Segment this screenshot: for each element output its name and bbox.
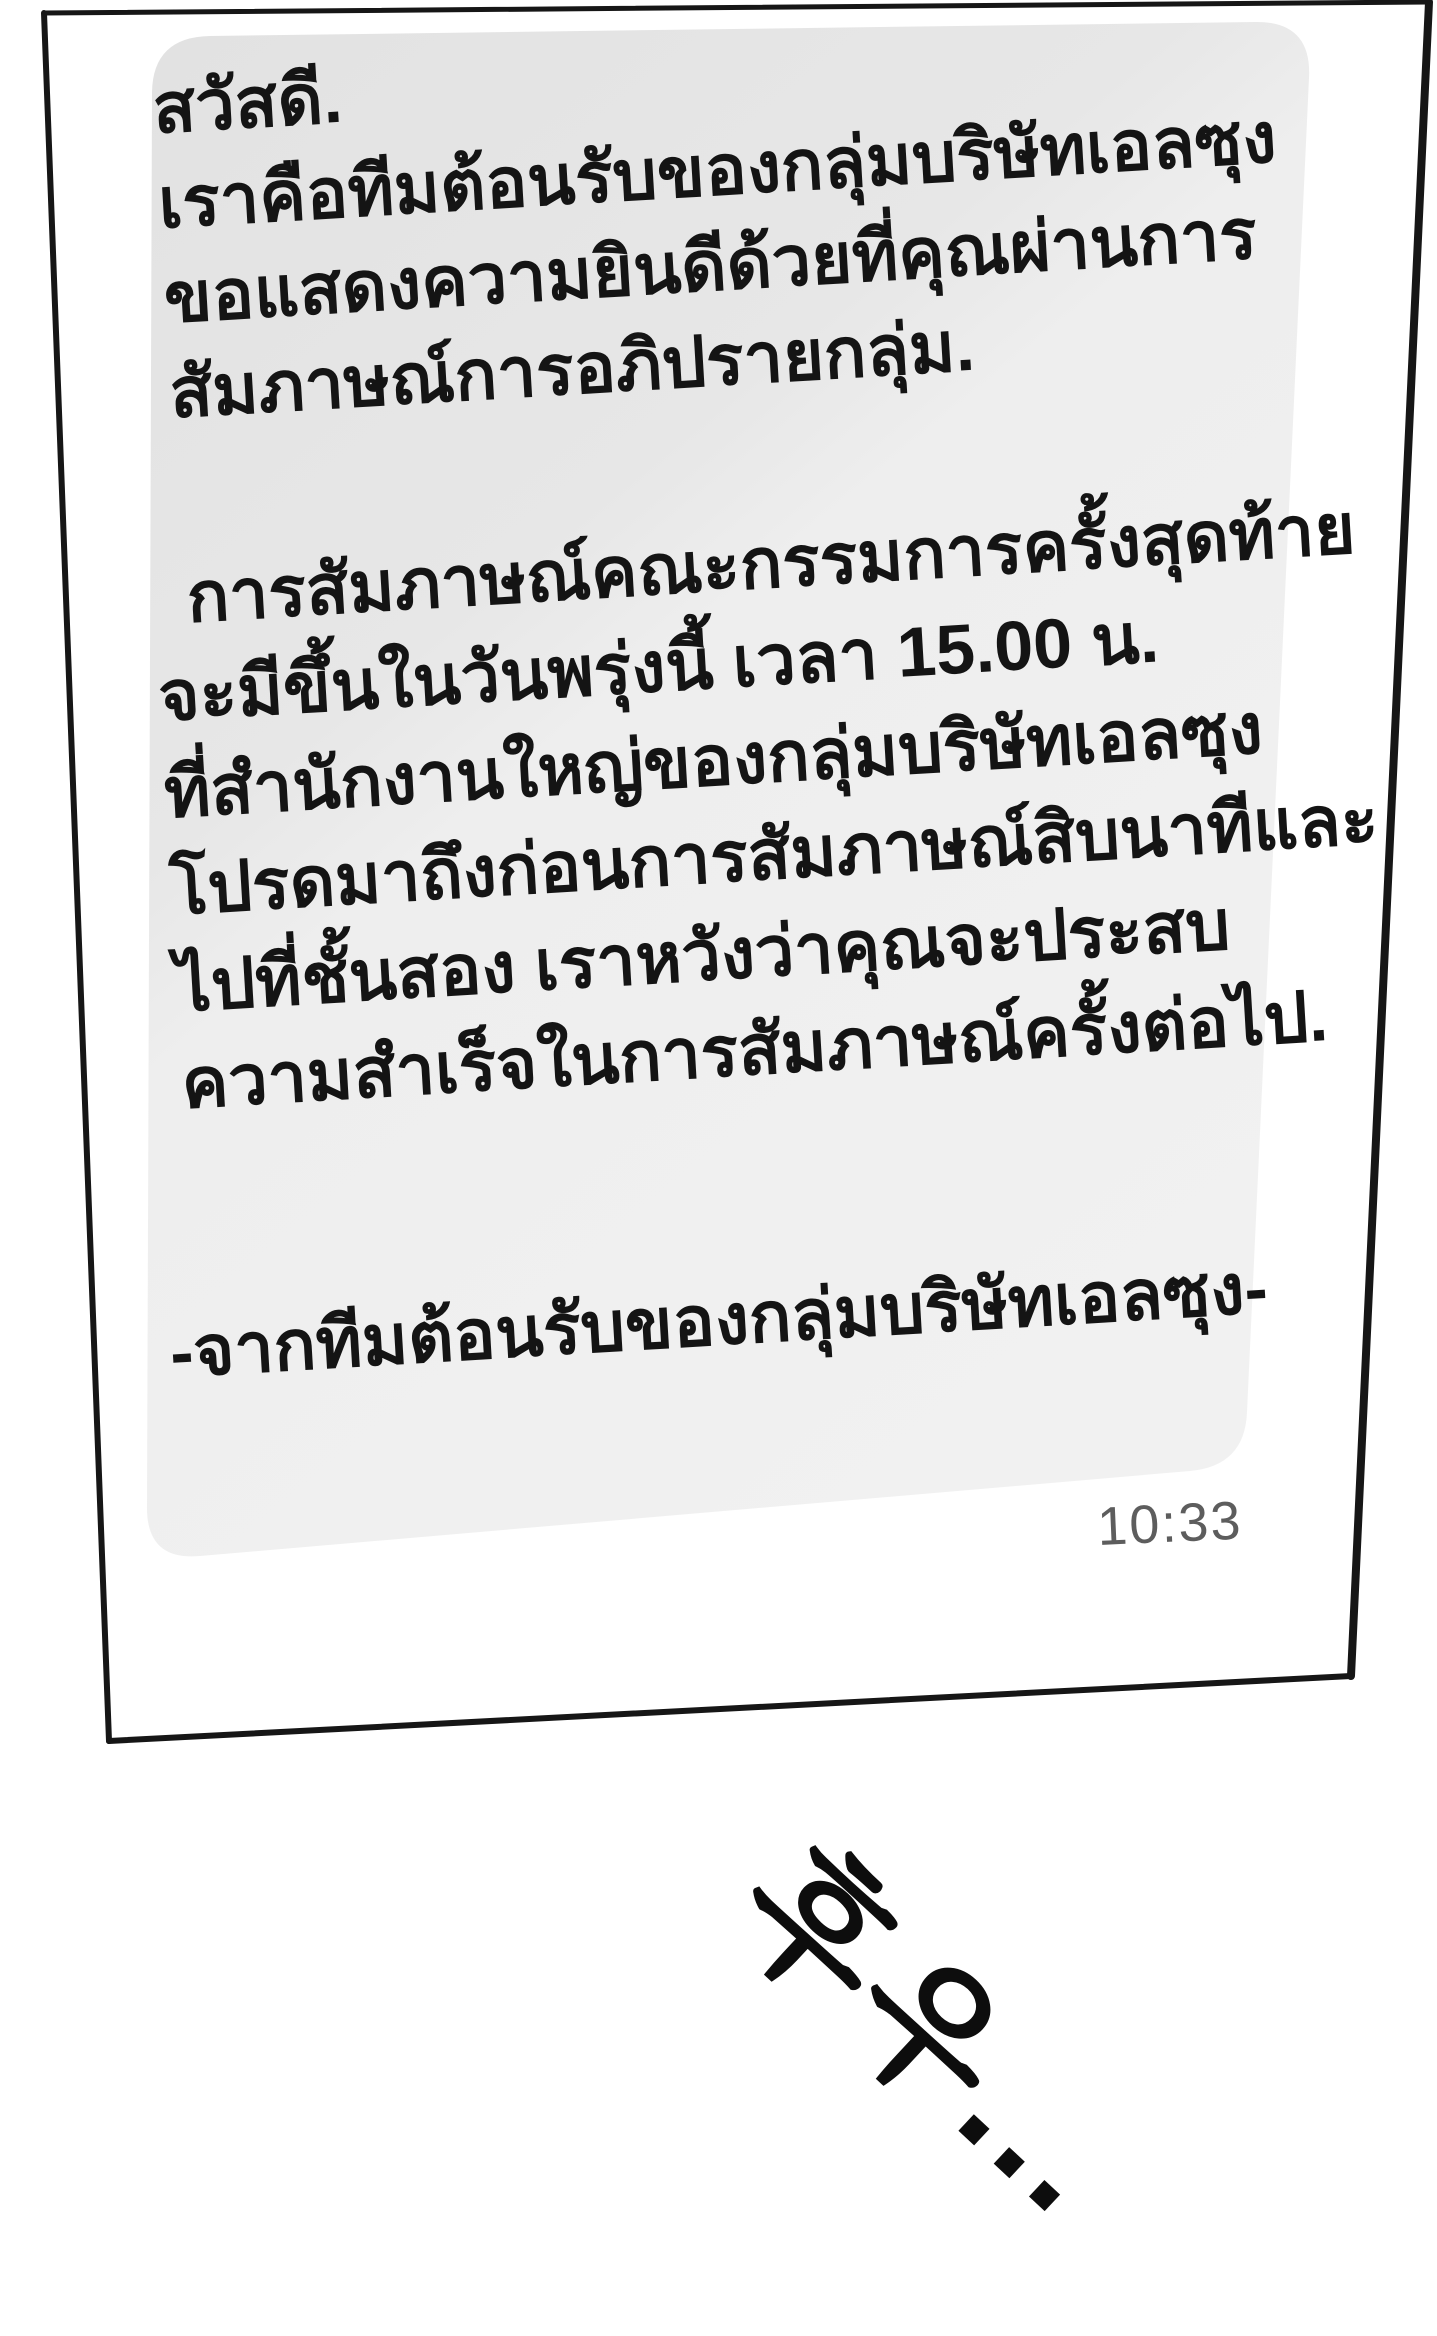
message-signature: -จากทีมต้อนรับของกลุ่มบริษัทเอลซุง- bbox=[168, 1253, 1270, 1388]
message-timestamp: 10:33 bbox=[1096, 1490, 1244, 1558]
message-body: การสัมภาษณ์คณะกรรมการครั้งสุดท้าย จะมีขึ… bbox=[150, 480, 1393, 1133]
message-greeting: สวัสดี. เราคือทีมต้อนรับของกลุ่มบริษัทเอ… bbox=[150, 0, 1290, 441]
sfx-sigh-text: 후우... bbox=[697, 1788, 1175, 2255]
